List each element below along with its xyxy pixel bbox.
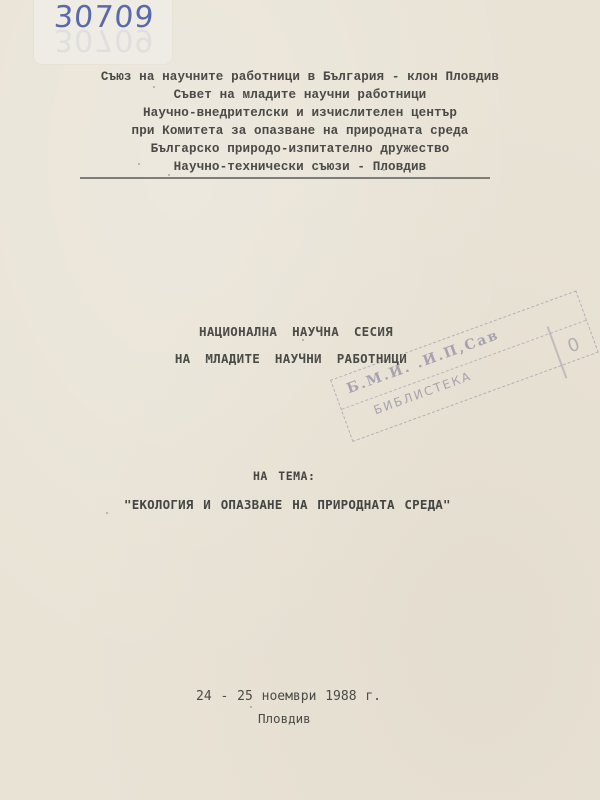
- event-date: 24 - 25 ноември 1988 г.: [196, 689, 381, 704]
- header-divider: [80, 177, 490, 179]
- paper-speck: [153, 86, 155, 88]
- accession-label: 30709 30709: [34, 0, 172, 64]
- organization-line: при Комитета за опазване на природната с…: [0, 122, 600, 140]
- event-city: Пловдив: [258, 711, 311, 726]
- organization-line: Научно-внедрителски и изчислителен центъ…: [0, 104, 600, 122]
- paper-speck: [138, 163, 140, 165]
- paper-speck: [250, 706, 252, 708]
- organization-line: Българско природо-изпитателно дружество: [0, 140, 600, 158]
- organization-line: Съюз на научните работници в България - …: [0, 68, 600, 86]
- document-page: 30709 30709 Съюз на научните работници в…: [0, 0, 600, 800]
- organizations-header: Съюз на научните работници в България - …: [0, 68, 600, 176]
- theme-title: "ЕКОЛОГИЯ И ОПАЗВАНЕ НА ПРИРОДНАТА СРЕДА…: [124, 497, 451, 512]
- accession-number-bleedthrough: 30709: [54, 22, 154, 57]
- paper-speck: [383, 169, 385, 171]
- organization-line: Научно-технически съюзи - Пловдив: [0, 158, 600, 176]
- paper-speck: [168, 174, 170, 176]
- theme-label: НА ТЕМА:: [253, 469, 315, 483]
- paper-speck: [302, 339, 304, 341]
- organization-line: Съвет на младите научни работници: [0, 86, 600, 104]
- library-stamp: Б.М.И. .И.П,Сав БИБЛИСТЕКА: [330, 290, 599, 442]
- paper-speck: [106, 512, 108, 514]
